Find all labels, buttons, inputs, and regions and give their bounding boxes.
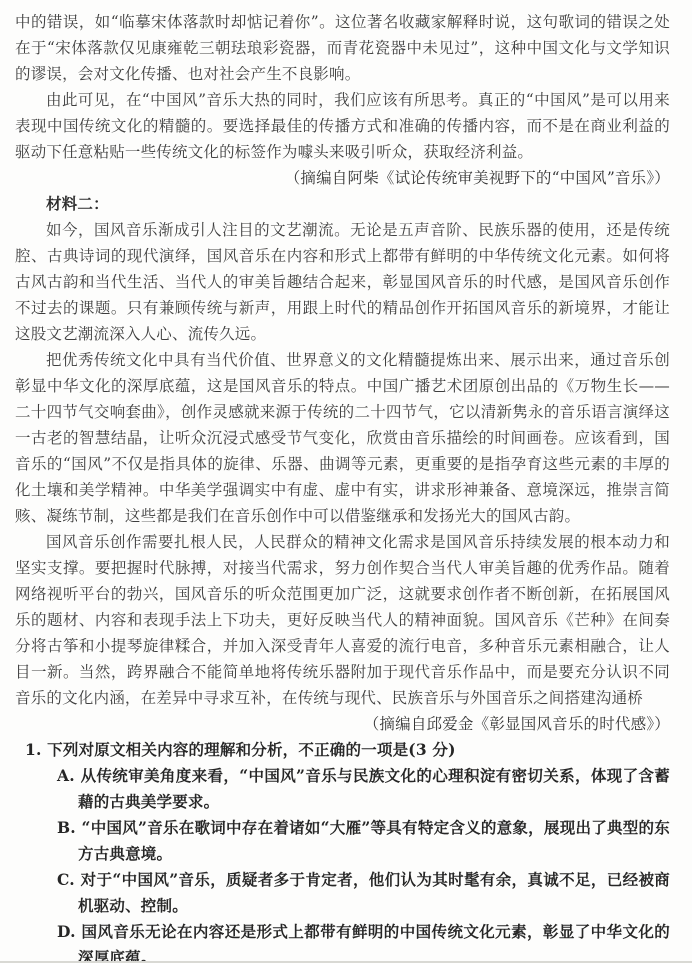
passage-line: 由此可见，在“中国风”音乐大热的同时，我们应该有所思考。真正的“中国风”是可以用… [15, 87, 670, 113]
passage-line: 中的错误，如“临摹宋体落款时却惦记着你”。这位著名收藏家解释时说，这句歌词的错误… [15, 9, 670, 35]
passage-line: 二十四节气交响套曲》，创作灵感就来源于传统的二十四节气，它以清新隽永的音乐语言演… [15, 399, 670, 425]
option-line: D. 国风音乐无论在内容还是形式上都带有鲜明的中国传统文化元素，彰显了中华文化的 [15, 919, 670, 945]
passage-line: 乐的题材、内容和表现手法上下功夫，更好反映当代人的精神面貌。国风音乐《芒种》在间… [15, 607, 670, 633]
passage-line: 如今，国风音乐渐成引人注目的文艺潮流。无论是五声音阶、民族乐器的使用，还是传统戏 [15, 217, 670, 243]
attribution-line: （摘编自阿柴《试论传统审美视野下的“中国风”音乐》） [15, 165, 670, 191]
exam-paper-page: 中的错误，如“临摹宋体落款时却惦记着你”。这位著名收藏家解释时说，这句歌词的错误… [0, 0, 692, 963]
passage-line: 在于“宋体落款仅见康雍乾三朝珐琅彩瓷器，而青花瓷器中未见过”，这种中国文化与文学… [15, 35, 670, 61]
passage-line: 把优秀传统文化中具有当代价值、世界意义的文化精髓提炼出来、展示出来，通过音乐创作 [15, 347, 670, 373]
passage-line: 赅、凝练节制，这些都是我们在音乐创作中可以借鉴继承和发扬光大的国风古韵。 [15, 503, 670, 529]
option-continuation-line: 机驱动、控制。 [15, 893, 670, 919]
document-body: 中的错误，如“临摹宋体落款时却惦记着你”。这位著名收藏家解释时说，这句歌词的错误… [15, 9, 670, 963]
attribution-line: （摘编自邱爱金《彰显国风音乐的时代感》） [15, 711, 670, 737]
option-continuation-line: 方古典意境。 [15, 841, 670, 867]
passage-line: 分将古筝和小提琴旋律糅合，并加入深受青年人喜爱的流行电音，多种音乐元素相融合，让… [15, 633, 670, 659]
passage-line: 驱动下任意粘贴一些传统文化的标签作为噱头来吸引听众，获取经济利益。 [15, 139, 670, 165]
passage-line: 音乐的“国风”不仅是指具体的旋律、乐器、曲调等元素，更重要的是指孕育这些元素的丰… [15, 451, 670, 477]
passage-line: 不过去的课题。只有兼顾传统与新声，用跟上时代的精品创作开拓国风音乐的新境界，才能… [15, 295, 670, 321]
passage-line: 化土壤和美学精神。中华美学强调实中有虚、虚中有实，讲求形神兼备、意境深远，推崇言… [15, 477, 670, 503]
passage-line: 音乐的文化内涵，在差异中寻求互补，在传统与现代、民族音乐与外国音乐之间搭建沟通桥… [15, 685, 670, 711]
passage-line: 目一新。当然，跨界融合不能简单地将传统乐器附加于现代音乐作品中，而是要充分认识不… [15, 659, 670, 685]
passage-line: 坚实支撑。要把握时代脉搏，对接当代需求，努力创作契合当代人审美旨趣的优秀作品。随… [15, 555, 670, 581]
passage-line: 彰显中华文化的深厚底蕴，这是国风音乐的特点。中国广播艺术团原创出品的《万物生长—… [15, 373, 670, 399]
option-line: A. 从传统审美角度来看，“中国风”音乐与民族文化的心理积淀有密切关系，体现了含… [15, 763, 670, 789]
option-line: C. 对于“中国风”音乐，质疑者多于肯定者，他们认为其时髦有余，真诚不足，已经被… [15, 867, 670, 893]
passage-line: 一古老的智慧结晶，让听众沉浸式感受节气变化，欣赏由音乐描绘的时间画卷。应该看到，… [15, 425, 670, 451]
material-two-heading: 材料二： [15, 191, 670, 217]
passage-line: 古风古韵和当代生活、当代人的审美旨趣结合起来，彰显国风音乐的时代感，是国风音乐创… [15, 269, 670, 295]
passage-line: 这股文艺潮流深入人心、流传久远。 [15, 321, 670, 347]
passage-line: 腔、古典诗词的现代演绎，国风音乐在内容和形式上都带有鲜明的中华传统文化元素。如何… [15, 243, 670, 269]
passage-line: 国风音乐创作需要扎根人民，人民群众的精神文化需求是国风音乐持续发展的根本动力和 [15, 529, 670, 555]
option-continuation-line: 藉的古典美学要求。 [15, 789, 670, 815]
passage-line: 表现中国传统文化的精髓的。要选择最佳的传播方式和准确的传播内容，而不是在商业利益… [15, 113, 670, 139]
option-line: B. “中国风”音乐在歌词中存在着诸如“大雁”等具有特定含义的意象，展现出了典型… [15, 815, 670, 841]
passage-line: 网络视听平台的勃兴，国风音乐的听众范围更加广泛，这就要求创作者不断创新，在拓展国… [15, 581, 670, 607]
question-stem-line: 1. 下列对原文相关内容的理解和分析，不正确的一项是(3 分) [15, 737, 670, 763]
passage-line: 的谬误，会对文化传播、也对社会产生不良影响。 [15, 61, 670, 87]
